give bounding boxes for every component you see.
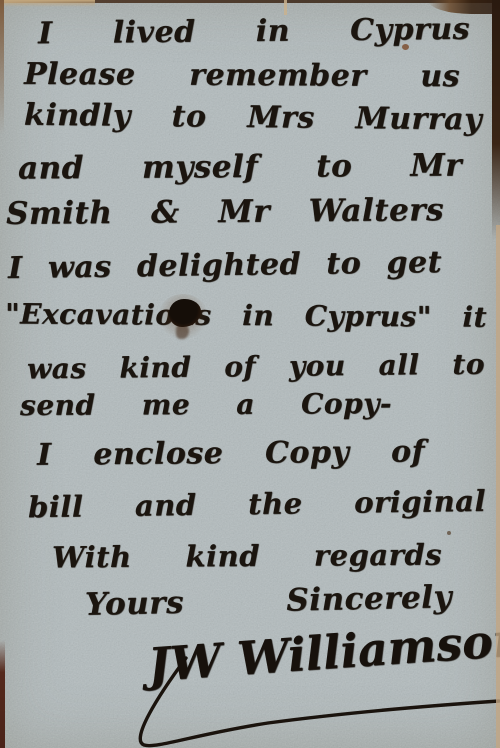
edge-left-top (0, 0, 4, 135)
letter-line: YoursSincerely (85, 579, 453, 623)
letter-line: Withkindregards (52, 538, 442, 575)
edge-left-bottom (0, 640, 5, 748)
paper-crease (284, 0, 287, 15)
signature: JW Williamson (146, 614, 499, 692)
letter-line: andmyselftoMr (18, 147, 462, 186)
letter-line: waskindofyouallto (27, 348, 485, 386)
letter-line: Pleaserememberus (24, 57, 460, 94)
letter-line: IencloseCopyof (37, 434, 425, 472)
edge-right-tan (496, 225, 500, 748)
letter-line: IlivedinCyprus (38, 12, 470, 52)
letter-line: billandtheoriginal (28, 484, 486, 524)
fox-speck (447, 531, 451, 535)
letter-line: Smith&MrWalters (6, 192, 444, 232)
letter-line: Iwasdelightedtoget (8, 245, 442, 286)
letter-line: "ExcavationsinCyprus"it (5, 297, 487, 333)
letter-paper: IlivedinCyprus Pleaserememberus kindlyto… (0, 0, 500, 748)
letter-line: kindlytoMrsMurray (24, 98, 482, 138)
edge-right-dark (492, 0, 500, 240)
corner-top-left (0, 0, 95, 7)
letter-line: sendmeaCopy- (20, 387, 392, 422)
